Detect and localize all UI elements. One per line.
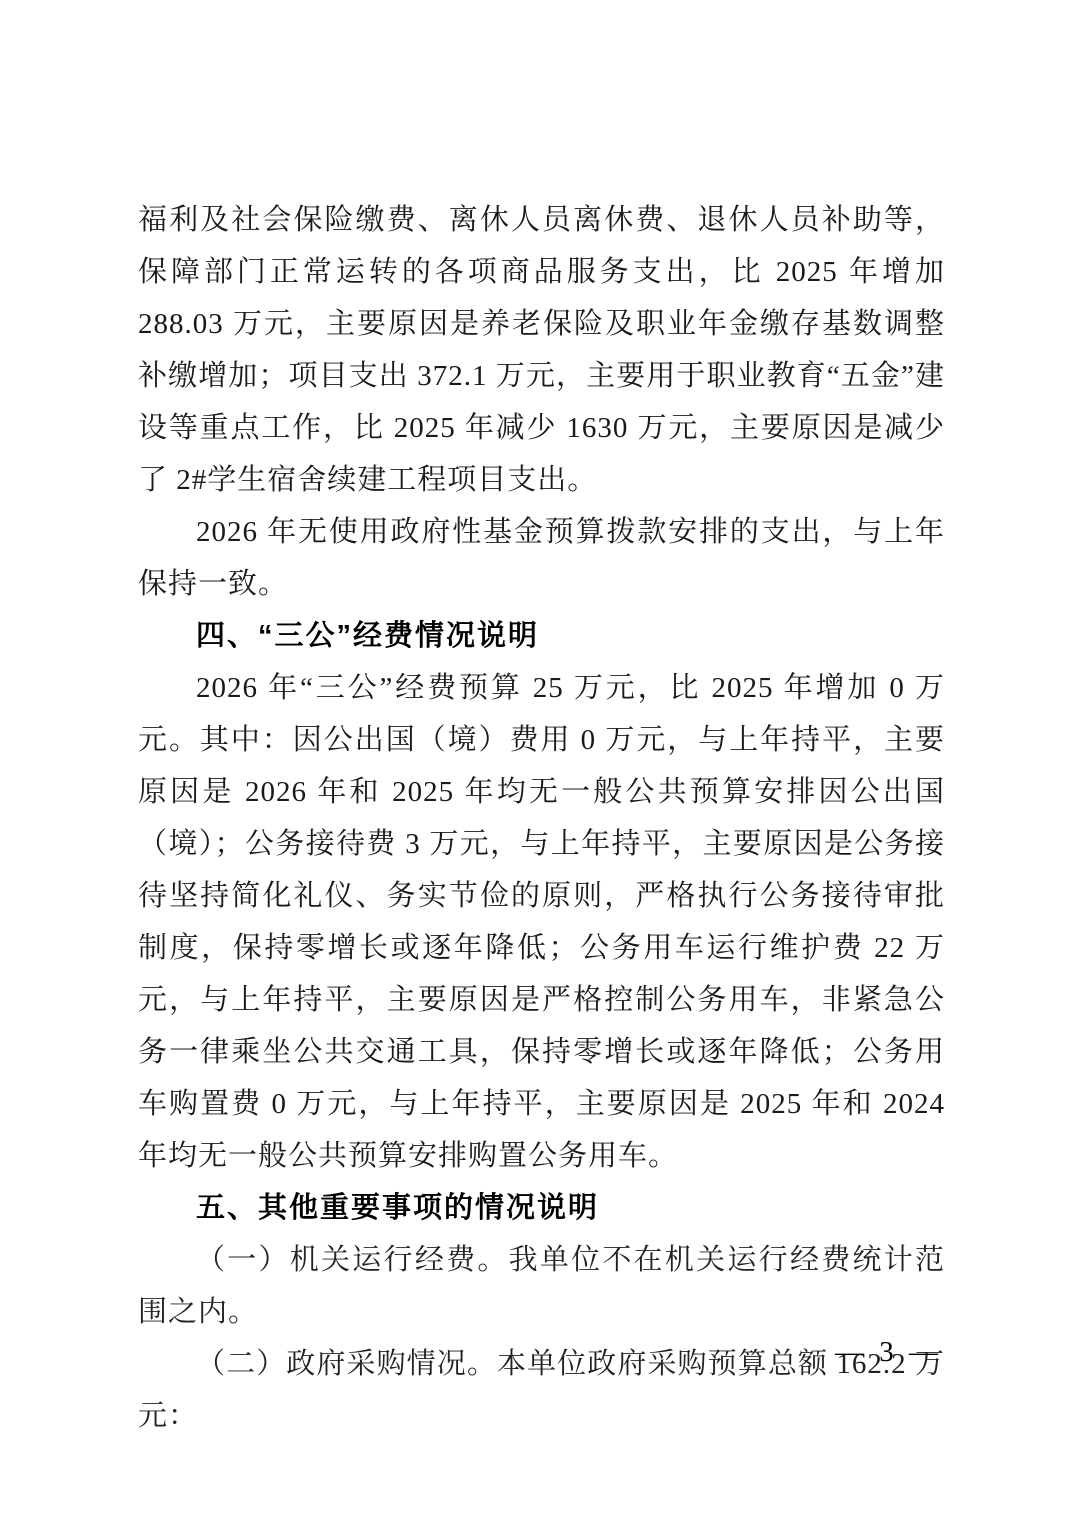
page-number: — 3 — (835, 1336, 942, 1368)
document-page: 福利及社会保险缴费、离休人员离休费、退休人员补助等，保障部门正常运转的各项商品服… (0, 0, 1074, 1520)
kai-paragraph-item-two: （二）政府采购情况。本单位政府采购预算总额 162.2 万元： (138, 1338, 945, 1442)
body-paragraph: 2026 年“三公”经费预算 25 万元，比 2025 年增加 0 万元。其中：… (138, 662, 945, 1182)
section-heading-five: 五、其他重要事项的情况说明 (138, 1182, 945, 1234)
body-paragraph-continued: 福利及社会保险缴费、离休人员离休费、退休人员补助等，保障部门正常运转的各项商品服… (138, 194, 945, 506)
document-body: 福利及社会保险缴费、离休人员离休费、退休人员补助等，保障部门正常运转的各项商品服… (138, 194, 945, 1442)
body-paragraph: 2026 年无使用政府性基金预算拨款安排的支出，与上年保持一致。 (138, 506, 945, 610)
section-heading-four: 四、“三公”经费情况说明 (138, 610, 945, 662)
kai-paragraph-item-one: （一）机关运行经费。我单位不在机关运行经费统计范围之内。 (138, 1234, 945, 1338)
